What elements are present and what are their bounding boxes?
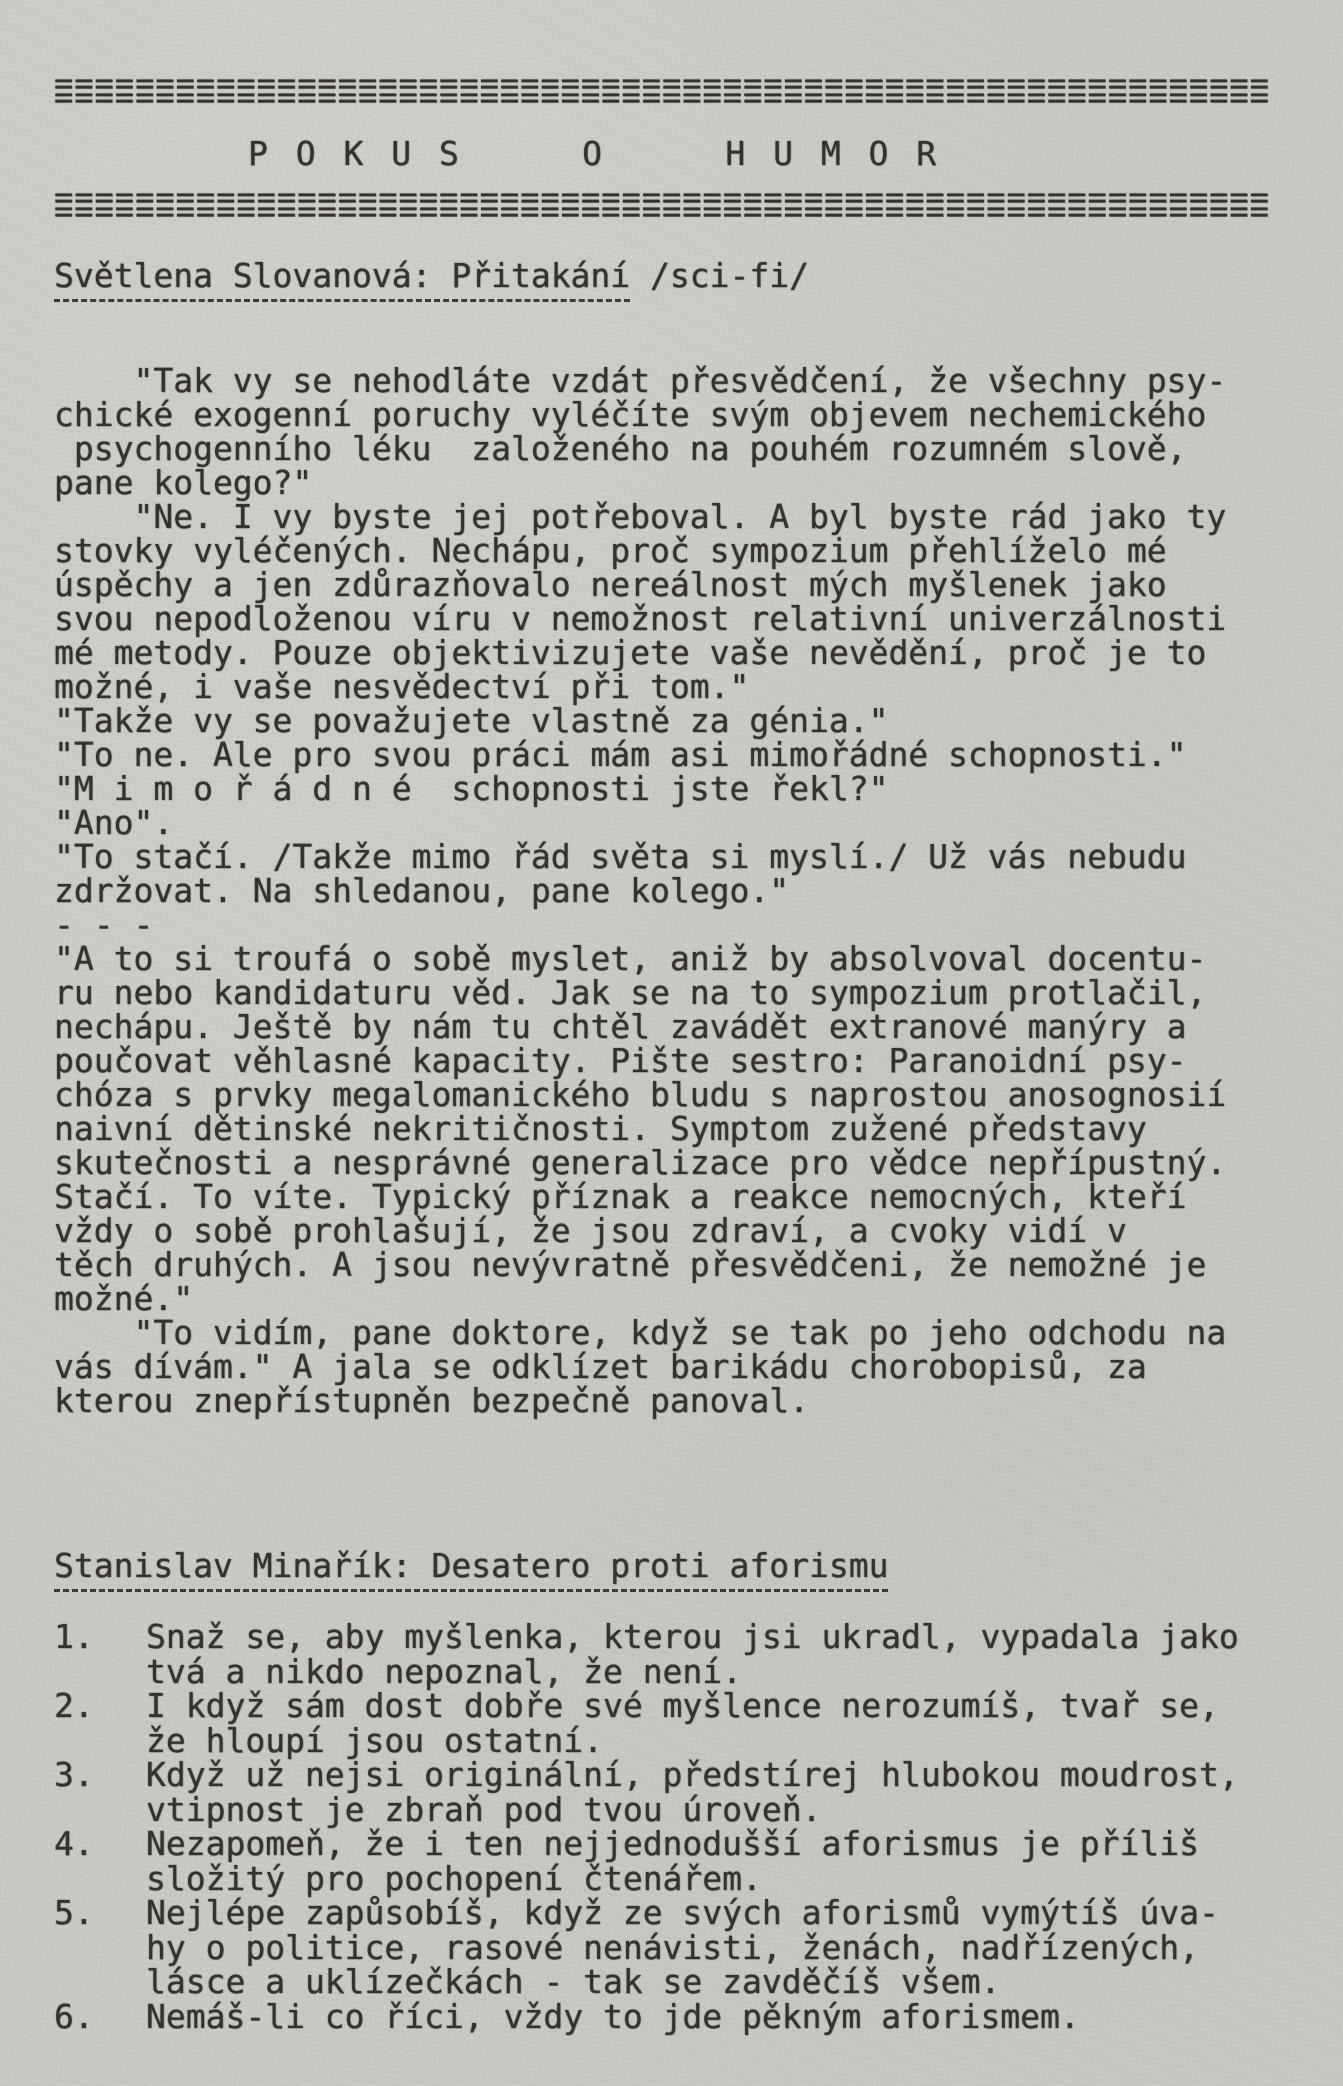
story-line: těch druhých. A jsou nevývratně přesvědč… bbox=[54, 1248, 1226, 1282]
rule-row: ========================================… bbox=[54, 90, 1270, 104]
story-line: mé metody. Pouze objektivizujete vaše ne… bbox=[54, 636, 1226, 670]
story-line: "Ne. I vy byste jej potřeboval. A byl by… bbox=[54, 500, 1226, 534]
list-heading: Stanislav Minařík: Desatero proti aforis… bbox=[54, 1546, 888, 1592]
story-line: "M i m o ř á d n é schopnosti jste řekl?… bbox=[54, 772, 1226, 806]
story-line: kterou znepřístupněn bezpečně panoval. bbox=[54, 1384, 1226, 1418]
rule-row: ========================================… bbox=[54, 204, 1270, 218]
story-line: psychogenního léku založeného na pouhém … bbox=[54, 432, 1226, 466]
story-line: "Takže vy se považujete vlastně za génia… bbox=[54, 704, 1226, 738]
story-line: vás dívám." A jala se odklízet barikádu … bbox=[54, 1350, 1226, 1384]
story-line: naivní dětinské nekritičnosti. Symptom z… bbox=[54, 1112, 1226, 1146]
list-item-text: Snaž se, aby myšlenka, kterou jsi ukradl… bbox=[146, 1620, 1239, 1689]
story-line: pane kolego?" bbox=[54, 466, 1226, 500]
list-item: 6.Nemáš-li co říci, vždy to jde pěkným a… bbox=[54, 2000, 1239, 2035]
list-item-text: I když sám dost dobře své myšlence neroz… bbox=[146, 1689, 1219, 1758]
story-line: chické exogenní poruchy vyléčíte svým ob… bbox=[54, 398, 1226, 432]
title-bottom-rule: ========================================… bbox=[54, 190, 1270, 218]
list-item-line: Nejlépe zapůsobíš, když ze svých aforism… bbox=[146, 1896, 1219, 1931]
typewritten-page: ========================================… bbox=[0, 0, 1343, 2086]
page-title: P O K U S O H U M O R bbox=[248, 134, 940, 173]
story-author-title: Světlena Slovanová: Přitakání bbox=[54, 256, 630, 302]
list-item-text: Nejlépe zapůsobíš, když ze svých aforism… bbox=[146, 1896, 1219, 2000]
list-item-line: I když sám dost dobře své myšlence neroz… bbox=[146, 1689, 1219, 1724]
story-line: "To vidím, pane doktore, když se tak po … bbox=[54, 1316, 1226, 1350]
story-line: skutečnosti a nesprávné generalizace pro… bbox=[54, 1146, 1226, 1180]
list-author-title: Stanislav Minařík: Desatero proti aforis… bbox=[54, 1546, 888, 1592]
list-item-number: 5. bbox=[54, 1896, 146, 1931]
list-item-line: hy o politice, rasové nenávisti, ženách,… bbox=[146, 1931, 1219, 1966]
story-line: stovky vyléčených. Nechápu, proč sympozi… bbox=[54, 534, 1226, 568]
story-line: poučovat věhlasné kapacity. Pište sestro… bbox=[54, 1044, 1226, 1078]
story-line: "A to si troufá o sobě myslet, aniž by a… bbox=[54, 942, 1226, 976]
story-line: chóza s prvky megalomanického bludu s na… bbox=[54, 1078, 1226, 1112]
list-item-number: 4. bbox=[54, 1827, 146, 1862]
list-item-text: Když už nejsi originální, předstírej hlu… bbox=[146, 1758, 1239, 1827]
story-text: "Tak vy se nehodláte vzdát přesvědčení, … bbox=[54, 364, 1226, 1418]
story-line: zdržovat. Na shledanou, pane kolego." bbox=[54, 874, 1226, 908]
story-line: svou nepodloženou víru v nemožnost relat… bbox=[54, 602, 1226, 636]
story-line: - - - bbox=[54, 908, 1226, 942]
list-item: 4.Nezapomeň, že i ten nejjednodušší afor… bbox=[54, 1827, 1239, 1896]
list-item-line: vtipnost je zbraň pod tvou úroveň. bbox=[146, 1793, 1239, 1828]
story-line: "Tak vy se nehodláte vzdát přesvědčení, … bbox=[54, 364, 1226, 398]
story-line: "To ne. Ale pro svou práci mám asi mimoř… bbox=[54, 738, 1226, 772]
list-item-line: Nezapomeň, že i ten nejjednodušší aforis… bbox=[146, 1827, 1199, 1862]
list-item-line: tvá a nikdo nepoznal, že není. bbox=[146, 1655, 1239, 1690]
list-item: 3.Když už nejsi originální, předstírej h… bbox=[54, 1758, 1239, 1827]
story-line: "To stačí. /Takže mimo řád světa si mysl… bbox=[54, 840, 1226, 874]
list-item-line: že hloupí jsou ostatní. bbox=[146, 1724, 1219, 1759]
list-item-line: lásce a uklízečkách - tak se zavděčíš vš… bbox=[146, 1965, 1219, 2000]
story-line: ru nebo kandidaturu věd. Jak se na to sy… bbox=[54, 976, 1226, 1010]
list-item-number: 6. bbox=[54, 2000, 146, 2035]
story-line: Stačí. To víte. Typický příznak a reakce… bbox=[54, 1180, 1226, 1214]
list-item: 5.Nejlépe zapůsobíš, když ze svých afori… bbox=[54, 1896, 1239, 2000]
list-item-line: Snaž se, aby myšlenka, kterou jsi ukradl… bbox=[146, 1620, 1239, 1655]
story-line: možné." bbox=[54, 1282, 1226, 1316]
story-line: vždy o sobě prohlašují, že jsou zdraví, … bbox=[54, 1214, 1226, 1248]
list-item-line: Když už nejsi originální, předstírej hlu… bbox=[146, 1758, 1239, 1793]
list-item-number: 3. bbox=[54, 1758, 146, 1793]
story-line: nechápu. Ještě by nám tu chtěl zavádět e… bbox=[54, 1010, 1226, 1044]
list-item-line: Nemáš-li co říci, vždy to jde pěkným afo… bbox=[146, 2000, 1080, 2035]
story-line: "Ano". bbox=[54, 806, 1226, 840]
decalogue-list: 1.Snaž se, aby myšlenka, kterou jsi ukra… bbox=[54, 1620, 1239, 2034]
list-item-number: 2. bbox=[54, 1689, 146, 1724]
list-item-text: Nezapomeň, že i ten nejjednodušší aforis… bbox=[146, 1827, 1199, 1896]
list-item-text: Nemáš-li co říci, vždy to jde pěkným afo… bbox=[146, 2000, 1080, 2035]
story-genre-tag: /sci-fi/ bbox=[630, 256, 809, 295]
story-line: úspěchy a jen zdůrazňovalo nereálnost mý… bbox=[54, 568, 1226, 602]
list-item: 1.Snaž se, aby myšlenka, kterou jsi ukra… bbox=[54, 1620, 1239, 1689]
story-line: možné, i vaše nesvědectví při tom." bbox=[54, 670, 1226, 704]
list-item-number: 1. bbox=[54, 1620, 146, 1655]
story-heading: Světlena Slovanová: Přitakání /sci-fi/ bbox=[54, 256, 809, 302]
list-item-line: složitý pro pochopení čtenářem. bbox=[146, 1862, 1199, 1897]
top-double-rule: ========================================… bbox=[54, 76, 1270, 104]
list-item: 2.I když sám dost dobře své myšlence ner… bbox=[54, 1689, 1239, 1758]
